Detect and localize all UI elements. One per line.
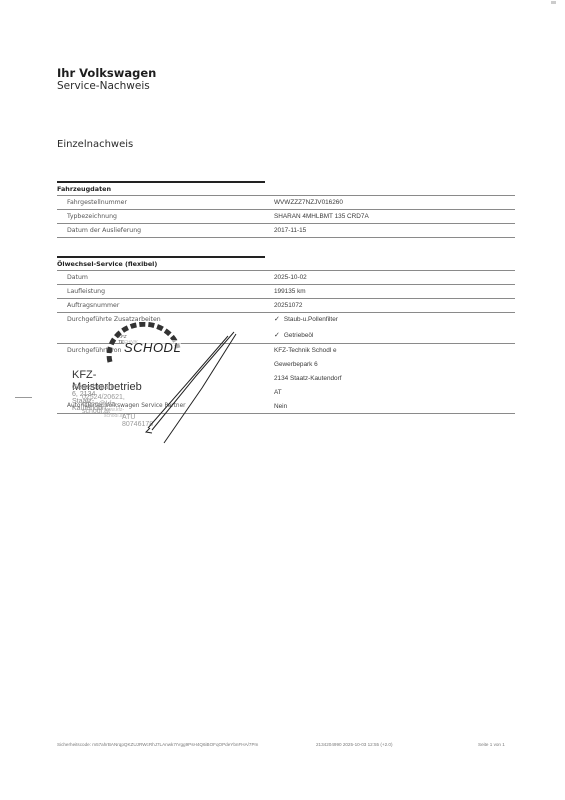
extra-work-item: ✓Staub-u.Pollenfilter xyxy=(274,315,338,323)
checkmark-icon: ✓ xyxy=(274,332,280,339)
extra-work-item: ✓Getriebeöl xyxy=(274,331,313,339)
divider xyxy=(57,195,515,196)
service-date-label: Datum xyxy=(67,274,88,281)
order-number-value: 20251072 xyxy=(274,302,302,309)
type-value: SHARAN 4MHLBMT 135 CRD7A xyxy=(274,213,369,220)
document-info: 2134204990 2025-10-03 12:55 (+2.0) xyxy=(316,742,393,747)
workshop-city: 2134 Staatz-Kautendorf xyxy=(274,375,342,382)
signature xyxy=(90,328,250,448)
mileage-value: 199135 km xyxy=(274,288,306,295)
type-label: Typbezeichnung xyxy=(67,213,117,220)
checkmark-icon: ✓ xyxy=(274,316,280,323)
scan-mark xyxy=(15,397,32,398)
vin-label: Fahrgestellnummer xyxy=(67,199,127,206)
divider xyxy=(57,209,515,210)
service-section-title: Ölwechsel-Service (flexibel) xyxy=(57,260,157,268)
delivery-date-value: 2017-11-15 xyxy=(274,227,306,234)
page-number: Seite 1 von 1 xyxy=(478,742,505,747)
document-subtitle: Service-Nachweis xyxy=(57,80,150,92)
divider xyxy=(57,284,515,285)
authorized-partner-value: Nein xyxy=(274,403,287,410)
vehicle-section-title: Fahrzeugdaten xyxy=(57,185,111,193)
section-bar xyxy=(57,181,265,183)
mileage-label: Laufleistung xyxy=(67,288,105,295)
document-title: Ihr Volkswagen xyxy=(57,66,156,80)
workshop-country: AT xyxy=(274,389,282,396)
order-number-label: Auftragsnummer xyxy=(67,302,119,309)
divider xyxy=(57,223,515,224)
security-code: Sicherheitscode: m57ahrBANrqpQKZUJRWcRhJ… xyxy=(57,742,258,747)
divider xyxy=(57,270,515,271)
vin-value: WVWZZZ7NZJV016260 xyxy=(274,199,343,206)
divider xyxy=(57,298,515,299)
section-bar xyxy=(57,256,265,258)
delivery-date-label: Datum der Auslieferung xyxy=(67,227,141,234)
workshop-name: KFZ-Technik Schodl e xyxy=(274,347,337,354)
divider xyxy=(57,312,515,313)
section-heading: Einzelnachweis xyxy=(57,139,133,150)
divider xyxy=(57,237,515,238)
service-date-value: 2025-10-02 xyxy=(274,274,307,281)
scan-mark xyxy=(551,1,556,4)
workshop-street: Gewerbepark 6 xyxy=(274,361,318,368)
